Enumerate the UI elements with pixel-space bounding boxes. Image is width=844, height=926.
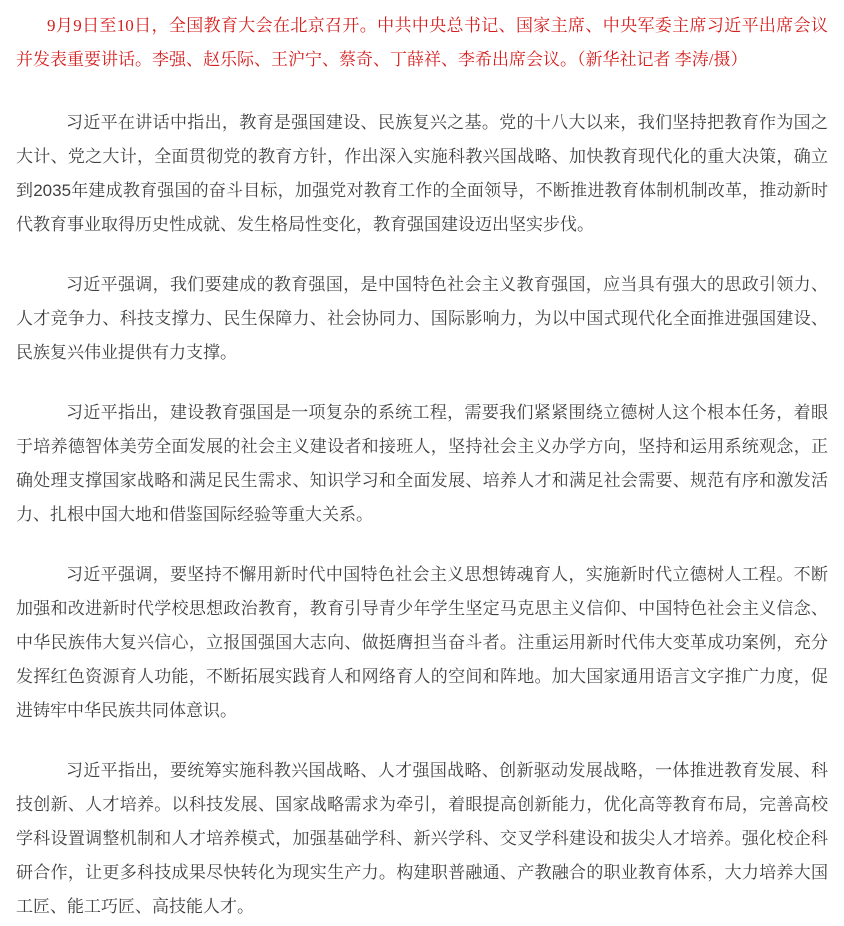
body-paragraph-1: 习近平在讲话中指出，教育是强国建设、民族复兴之基。党的十八大以来，我们坚持把教育… bbox=[16, 106, 828, 242]
body-paragraph-5: 习近平指出，要统筹实施科教兴国战略、人才强国战略、创新驱动发展战略，一体推进教育… bbox=[16, 754, 828, 924]
article-body: 9月9日至10日，全国教育大会在北京召开。中共中央总书记、国家主席、中央军委主席… bbox=[0, 0, 844, 926]
body-paragraph-3: 习近平指出，建设教育强国是一项复杂的系统工程，需要我们紧紧围绕立德树人这个根本任… bbox=[16, 396, 828, 532]
photo-caption-paragraph: 9月9日至10日，全国教育大会在北京召开。中共中央总书记、国家主席、中央军委主席… bbox=[16, 9, 828, 77]
body-paragraph-2: 习近平强调，我们要建成的教育强国，是中国特色社会主义教育强国，应当具有强大的思政… bbox=[16, 268, 828, 370]
body-paragraph-4: 习近平强调，要坚持不懈用新时代中国特色社会主义思想铸魂育人，实施新时代立德树人工… bbox=[16, 558, 828, 728]
